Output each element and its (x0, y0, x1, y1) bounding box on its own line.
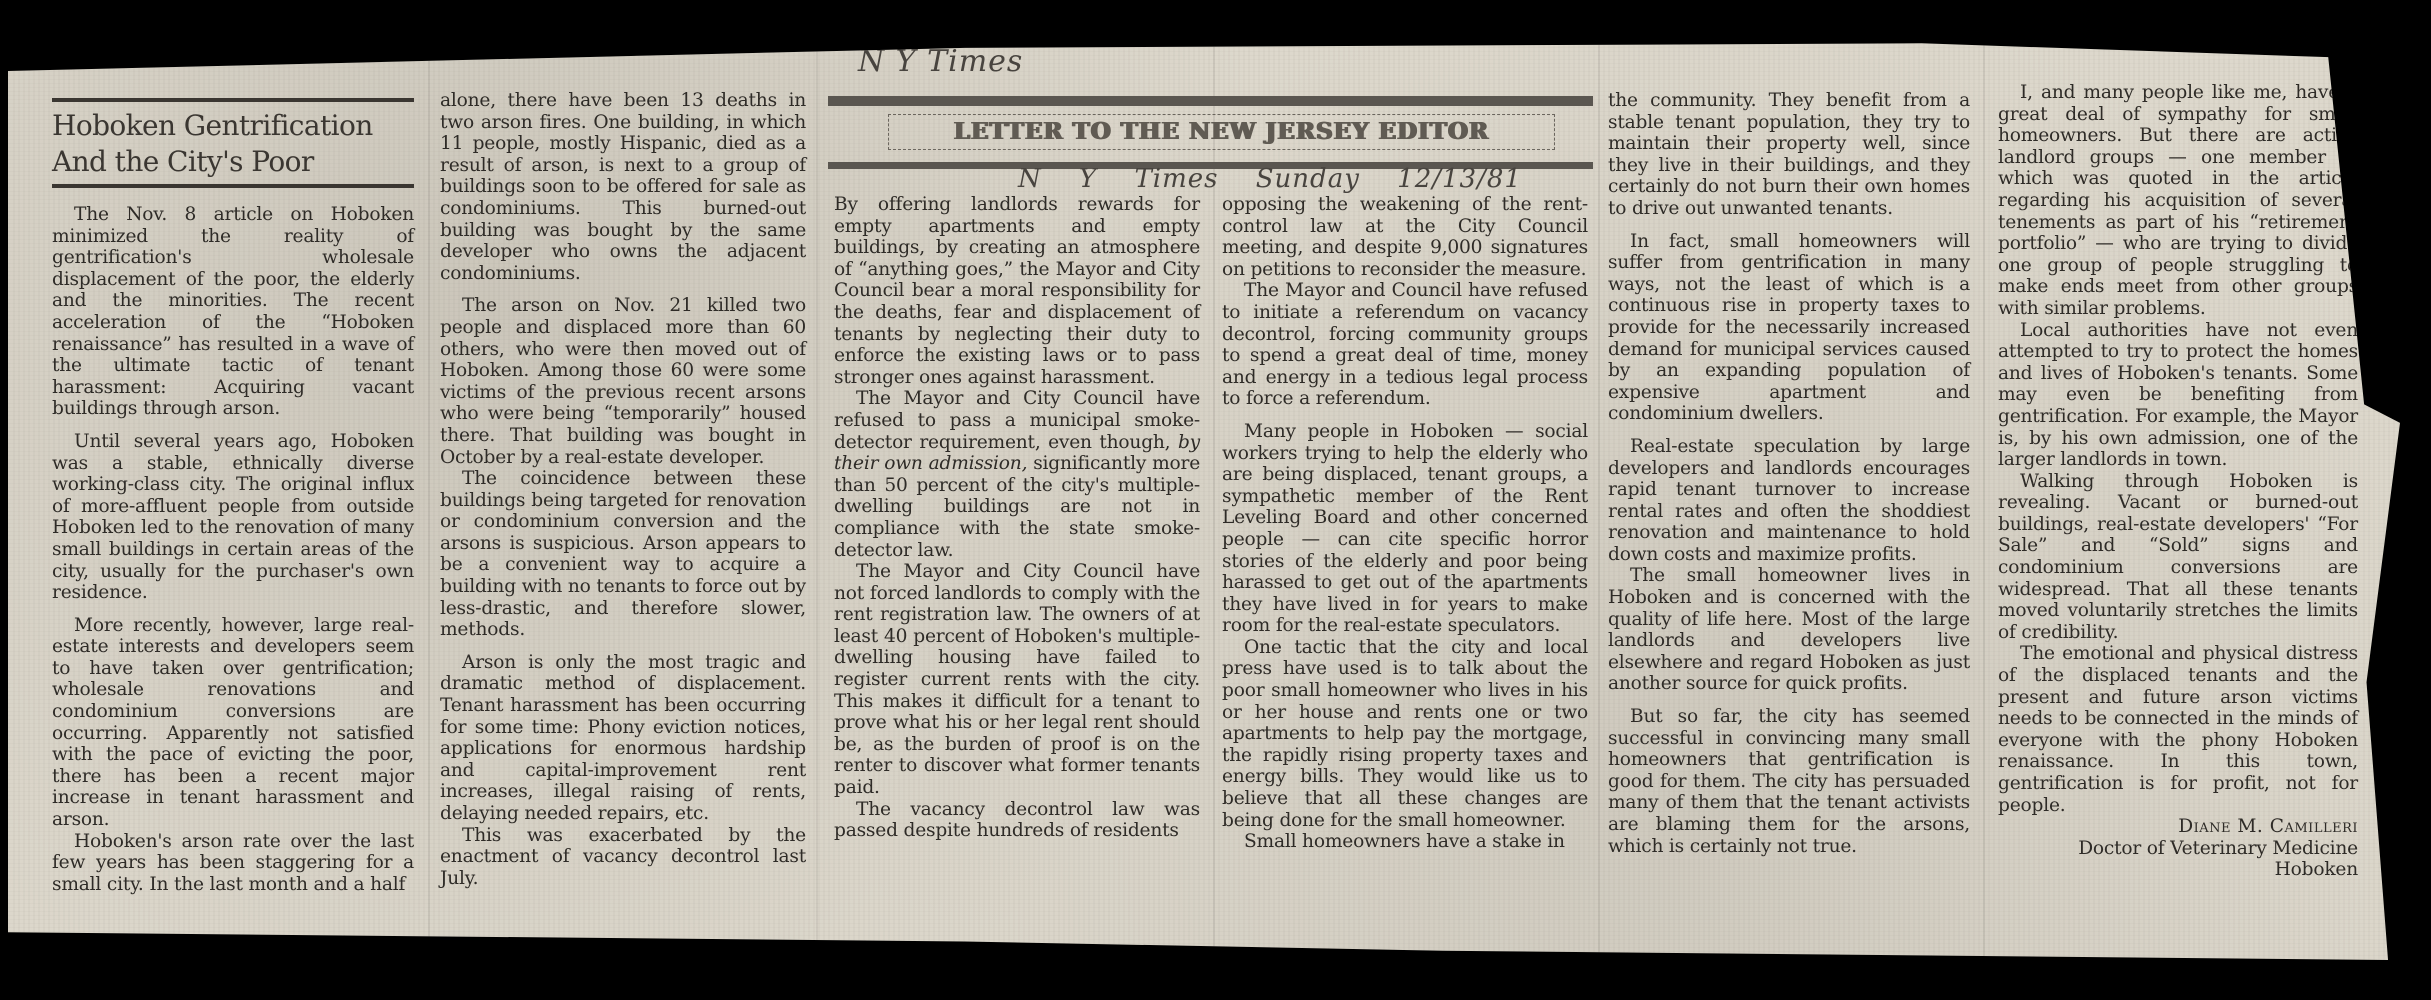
paragraph: The small homeowner lives in Hoboken and… (1608, 565, 1970, 695)
column-2: alone, there have been 13 deaths in two … (440, 90, 806, 889)
paragraph: This was exacerbated by the enactment of… (440, 825, 806, 890)
paragraph: Real-estate speculation by large develop… (1608, 436, 1970, 566)
column-4: opposing the weakening of the rent-contr… (1222, 194, 1588, 853)
paragraph: The Mayor and City Council have refused … (834, 388, 1200, 561)
column-6: I, and many people like me, have a great… (1998, 82, 2358, 881)
headline-bottom-rule (52, 184, 414, 188)
paragraph: The arson on Nov. 21 killed two people a… (440, 295, 806, 468)
paragraph: Until several years ago, Hoboken was a s… (52, 431, 414, 604)
column-5: the community. They benefit from a stabl… (1608, 90, 1970, 857)
paragraph: Many people in Hoboken — social workers … (1222, 421, 1588, 637)
paragraph: The coincidence between these buildings … (440, 468, 806, 641)
paragraph: opposing the weakening of the rent-contr… (1222, 194, 1588, 280)
paragraph: The vacancy decontrol law was passed des… (834, 799, 1200, 842)
column-3: By offering landlords rewards for empty … (834, 194, 1200, 842)
paragraph: The Mayor and City Council have not forc… (834, 561, 1200, 799)
newspaper-clipping: Hoboken Gentrification And the City's Po… (8, 34, 2400, 960)
fold-line (428, 34, 430, 960)
paragraph: Walking through Hoboken is revealing. Va… (1998, 471, 2358, 644)
handwritten-date-note: N Y Times Sunday 12/13/81 (1018, 164, 1522, 194)
paragraph: But so far, the city has seemed successf… (1608, 706, 1970, 857)
headline-line-1: Hoboken Gentrification (52, 109, 373, 142)
paragraph: More recently, however, large real-estat… (52, 615, 414, 831)
signature-name: Diane M. Camilleri (1998, 816, 2358, 838)
fold-line (816, 34, 818, 960)
paragraph: Local authorities have not even attempte… (1998, 320, 2358, 471)
paragraph: Small homeowners have a stake in (1222, 831, 1588, 853)
headline: Hoboken Gentrification And the City's Po… (52, 108, 414, 180)
paragraph: The emotional and physical distress of t… (1998, 643, 2358, 816)
signature-title: Doctor of Veterinary Medicine (1998, 838, 2358, 860)
paragraph: Hoboken's arson rate over the last few y… (52, 831, 414, 896)
signature-location: Hoboken (1998, 859, 2358, 881)
fold-line (1983, 34, 1985, 960)
column-1: Hoboken Gentrification And the City's Po… (52, 98, 414, 895)
paragraph: In fact, small homeowners will suffer fr… (1608, 231, 1970, 425)
paragraph: the community. They benefit from a stabl… (1608, 90, 1970, 220)
paragraph: By offering landlords rewards for empty … (834, 194, 1200, 388)
paragraph: Arson is only the most tragic and dramat… (440, 652, 806, 825)
headline-top-rule (52, 98, 414, 102)
headline-line-2: And the City's Poor (52, 145, 314, 178)
banner-top-bar (828, 96, 1593, 106)
paragraph: alone, there have been 13 deaths in two … (440, 90, 806, 284)
handwritten-source-note: N Y Times (858, 44, 1023, 79)
paragraph: I, and many people like me, have a great… (1998, 82, 2358, 320)
paragraph: The Mayor and Council have refused to in… (1222, 280, 1588, 410)
paragraph: One tactic that the city and local press… (1222, 637, 1588, 831)
paragraph: The Nov. 8 article on Hoboken minimized … (52, 204, 414, 420)
section-banner: LETTER TO THE NEW JERSEY EDITOR (888, 114, 1555, 150)
fold-line (1598, 34, 1600, 960)
